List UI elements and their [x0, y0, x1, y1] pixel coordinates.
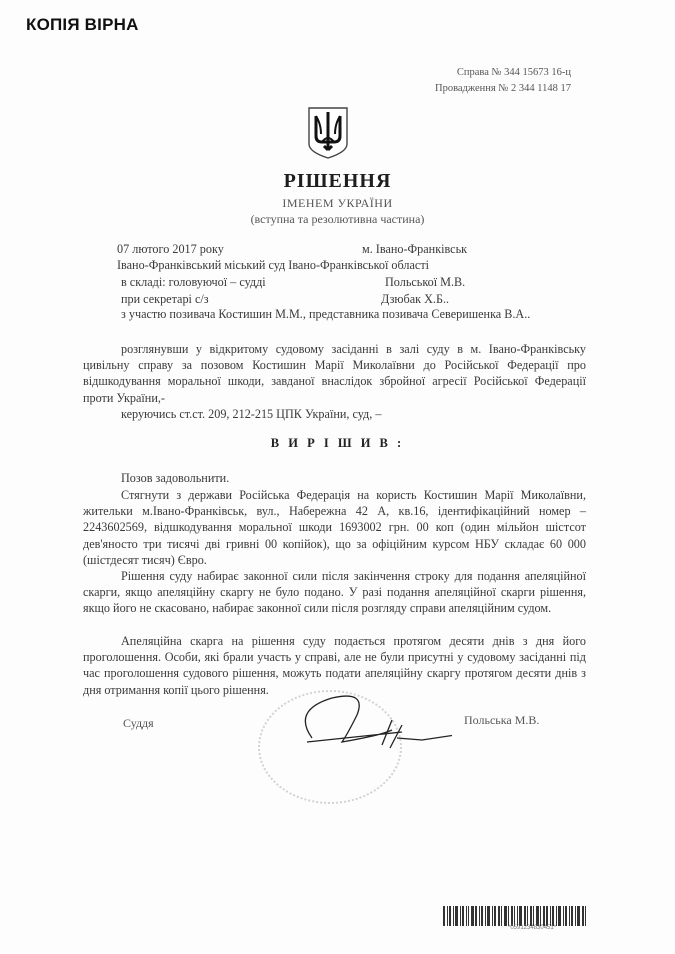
decision-date: 07 лютого 2017 року [117, 242, 224, 257]
court-name: Івано-Франківський міський суд Івано-Фра… [117, 258, 429, 273]
composition-label: в складі: головуючої – судді [121, 275, 266, 290]
decision-city: м. Івано-Франківськ [362, 242, 467, 257]
judge-name: Польська М.В. [464, 713, 539, 728]
guided-paragraph: керуючись ст.ст. 209, 212-215 ЦПК Україн… [83, 406, 586, 422]
document-title: РІШЕННЯ [0, 170, 675, 193]
presiding-judge: Польської М.В. [385, 275, 465, 290]
document-note: (вступна та резолютивна частина) [0, 212, 675, 227]
court-decision-page: КОПІЯ ВІРНА Справа № 344 15673 16-ц Пров… [0, 0, 675, 954]
decided-heading: В И Р І Ш И В : [0, 436, 675, 451]
document-barcode [443, 906, 643, 926]
proceeding-number: Провадження № 2 344 1148 17 [435, 81, 571, 97]
signature-label: Суддя [123, 716, 154, 731]
decision-item: Стягнути з держави Російська Федерація н… [83, 487, 586, 568]
judge-signature [272, 690, 452, 770]
document-subtitle: ІМЕНЕМ УКРАЇНИ [0, 196, 675, 211]
decision-item: Рішення суду набирає законної сили після… [83, 568, 586, 617]
tryzub-coat-of-arms-icon [307, 106, 349, 160]
considered-paragraph: розглянувши у відкритому судовому засіда… [83, 341, 586, 406]
barcode-number: *0591234830451* [508, 925, 556, 931]
decision-item: Позов задовольнити. [83, 470, 586, 486]
decision-item: Апеляційна скарга на рішення суду подаєт… [83, 633, 586, 698]
participants-paragraph: з участю позивача Костишин М.М., предста… [83, 306, 586, 322]
secretary-label: при секретарі с/з [121, 292, 209, 307]
secretary-name: Дзюбак Х.Б.. [381, 292, 449, 307]
case-number: Справа № 344 15673 16-ц [435, 65, 571, 81]
case-numbers: Справа № 344 15673 16-ц Провадження № 2 … [435, 65, 571, 97]
copy-verified-stamp: КОПІЯ ВІРНА [22, 12, 143, 38]
